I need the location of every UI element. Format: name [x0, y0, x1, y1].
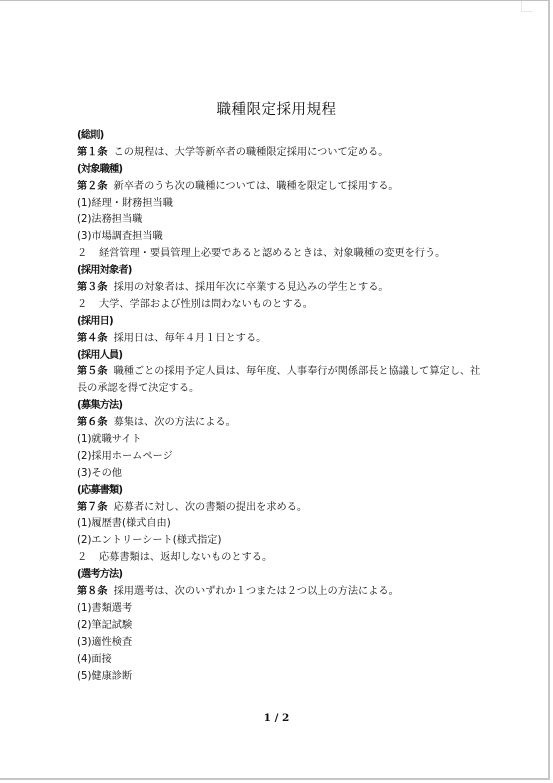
paragraph-number: ２: [77, 550, 99, 567]
article-text: 新卒者のうち次の職種については、職種を限定して採用する。: [114, 181, 399, 192]
list-item: (1)履歴書(様式自由): [77, 516, 497, 533]
list-item: (3)適性検査: [77, 635, 497, 652]
article-number: 第８条: [77, 586, 108, 597]
article-line: 第４条採用日は、毎年４月１日とする。: [77, 331, 497, 348]
section-heading: (総則): [77, 128, 497, 145]
list-item: (3)市場調査担当職: [77, 229, 497, 246]
article-text: 職種ごとの採用予定人員は、毎年度、人事奉行が関係部長と協議して算定し、社: [114, 366, 481, 377]
document-body: (総則)第１条この規程は、大学等新卒者の職種限定採用について定める。(対象職種)…: [77, 128, 497, 685]
article-line: 第８条採用選考は、次のいずれか１つまたは２つ以上の方法による。: [77, 584, 497, 601]
list-item: (3)その他: [77, 466, 497, 483]
section-heading: (対象職種): [77, 162, 497, 179]
article-number: 第２条: [77, 181, 108, 192]
list-item: 長の承認を得て決定する。: [77, 381, 497, 398]
article-line: 第１条この規程は、大学等新卒者の職種限定採用について定める。: [77, 145, 497, 162]
list-item: (2)法務担当職: [77, 212, 497, 229]
paragraph-line: ２応募書類は、返却しないものとする。: [77, 550, 497, 567]
list-item: (2)採用ホームページ: [77, 449, 497, 466]
page-indicator: 1 / 2: [0, 712, 553, 724]
article-number: 第７条: [77, 502, 108, 513]
article-line: 第３条採用の対象者は、採用年次に卒業する見込みの学生とする。: [77, 280, 497, 297]
section-heading: (採用日): [77, 314, 497, 331]
paragraph-text: 経営管理・要員管理上必要であると認めるときは、対象職種の変更を行う。: [99, 248, 445, 259]
article-number: 第６条: [77, 417, 108, 428]
section-heading: (応募書類): [77, 483, 497, 500]
article-text: この規程は、大学等新卒者の職種限定採用について定める。: [114, 147, 389, 158]
section-heading: (募集方法): [77, 398, 497, 415]
list-item: (4)面接: [77, 652, 497, 669]
section-heading: (採用対象者): [77, 263, 497, 280]
paragraph-line: ２経営管理・要員管理上必要であると認めるときは、対象職種の変更を行う。: [77, 246, 497, 263]
list-item: (2)エントリーシート(様式指定): [77, 533, 497, 550]
article-text: 応募者に対し、次の書類の提出を求める。: [114, 502, 308, 513]
list-item: (5)健康診断: [77, 669, 497, 686]
article-number: 第１条: [77, 147, 108, 158]
article-line: 第５条職種ごとの採用予定人員は、毎年度、人事奉行が関係部長と協議して算定し、社: [77, 364, 497, 381]
list-item: (1)書類選考: [77, 601, 497, 618]
page-corner-mark: [521, 1, 532, 12]
paragraph-number: ２: [77, 246, 99, 263]
article-line: 第７条応募者に対し、次の書類の提出を求める。: [77, 500, 497, 517]
paragraph-text: 大学、学部および性別は問わないものとする。: [99, 299, 313, 310]
article-number: 第４条: [77, 333, 108, 344]
article-text: 採用日は、毎年４月１日とする。: [114, 333, 267, 344]
article-line: 第２条新卒者のうち次の職種については、職種を限定して採用する。: [77, 179, 497, 196]
article-text: 募集は、次の方法による。: [114, 417, 236, 428]
section-heading: (採用人員): [77, 348, 497, 365]
section-heading: (選考方法): [77, 567, 497, 584]
article-number: 第３条: [77, 282, 108, 293]
article-text: 採用の対象者は、採用年次に卒業する見込みの学生とする。: [114, 282, 389, 293]
paragraph-text: 応募書類は、返却しないものとする。: [99, 552, 272, 563]
article-line: 第６条募集は、次の方法による。: [77, 415, 497, 432]
article-text: 採用選考は、次のいずれか１つまたは２つ以上の方法による。: [114, 586, 399, 597]
paragraph-line: ２大学、学部および性別は問わないものとする。: [77, 297, 497, 314]
article-number: 第５条: [77, 366, 108, 377]
list-item: (1)就職サイト: [77, 432, 497, 449]
list-item: (2)筆記試験: [77, 618, 497, 635]
list-item: (1)経理・財務担当職: [77, 196, 497, 213]
document-title: 職種限定採用規程: [0, 98, 553, 119]
paragraph-number: ２: [77, 297, 99, 314]
